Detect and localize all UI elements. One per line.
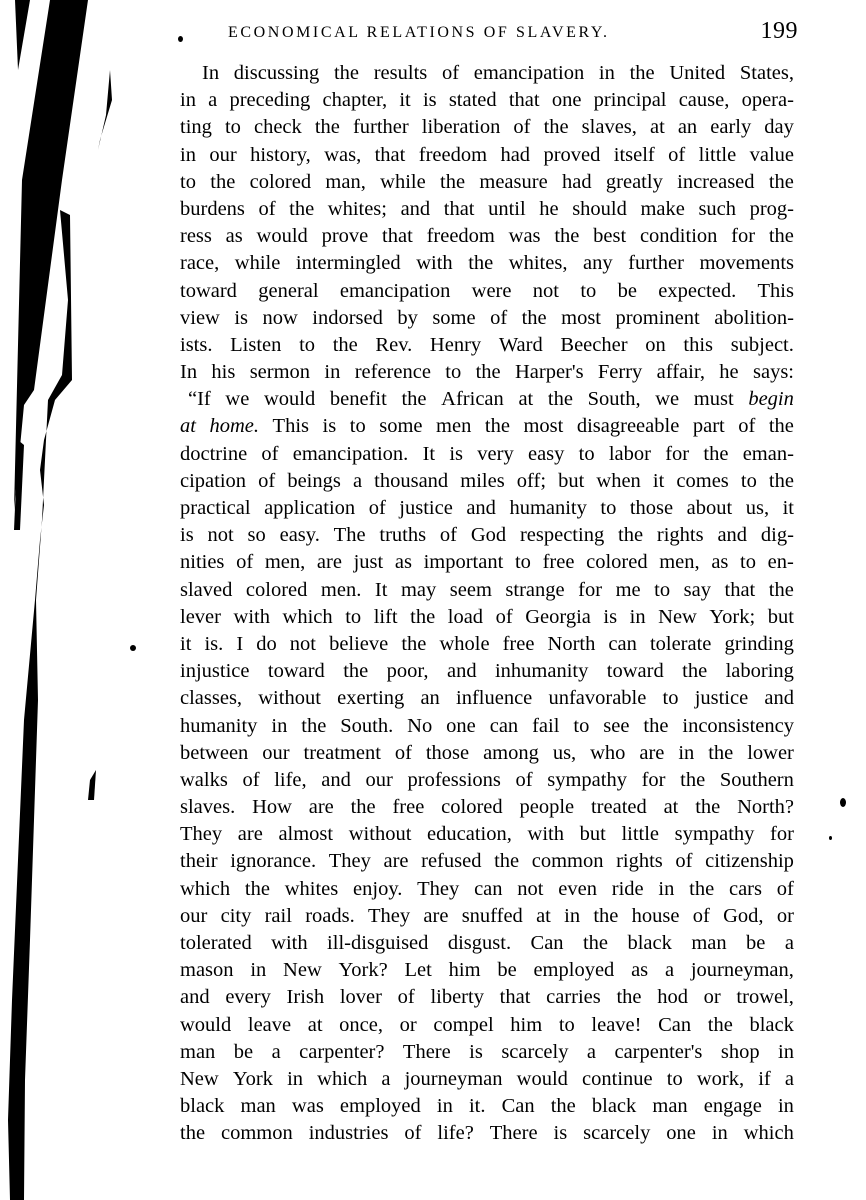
text-line: slaves.Howarethefreecoloredpeopletreated… xyxy=(180,794,794,821)
text-line: Theyarealmostwithouteducation,withbutlit… xyxy=(180,821,794,848)
text-line: nitiesofmen,arejustasimportanttofreecolo… xyxy=(180,549,794,576)
text-line: athome.Thisistosomementhemostdisagreeabl… xyxy=(180,413,794,440)
page-number: 199 xyxy=(761,18,799,45)
running-title: ECONOMICAL RELATIONS OF SLAVERY. xyxy=(228,24,610,42)
margin-speck xyxy=(840,798,846,807)
text-line: doctrineofemancipation.Itisveryeasytolab… xyxy=(180,441,794,468)
text-line: injusticetowardthepoor,andinhumanitytowa… xyxy=(180,658,794,685)
page-body-text: Indiscussingtheresultsofemancipationinth… xyxy=(180,60,794,1148)
text-line: slavedcoloredmen.Itmayseemstrangeformeto… xyxy=(180,577,794,604)
text-line: walksoflife,andourprofessionsofsympathyf… xyxy=(180,767,794,794)
text-line: ourcityrailroads.Theyaresnuffedatintheho… xyxy=(180,903,794,930)
page-header: ECONOMICAL RELATIONS OF SLAVERY. 199 xyxy=(228,18,798,48)
text-line: towardgeneralemancipationwerenottobeexpe… xyxy=(180,278,794,305)
text-line: inourhistory,was,thatfreedomhadprovedits… xyxy=(180,142,794,169)
text-line: tothecoloredman,whilethemeasurehadgreatl… xyxy=(180,169,794,196)
text-line: tingtocheckthefurtherliberationoftheslav… xyxy=(180,114,794,141)
text-line: blackmanwasemployedinit.Cantheblackmanen… xyxy=(180,1093,794,1120)
text-line: masoninNewYork?Lethimbeemployedasajourne… xyxy=(180,957,794,984)
text-line: burdensofthewhites;andthatuntilheshouldm… xyxy=(180,196,794,223)
margin-speck xyxy=(829,836,832,840)
text-line: inaprecedingchapter,itisstatedthatonepri… xyxy=(180,87,794,114)
text-line: race,whileintermingledwiththewhites,anyf… xyxy=(180,250,794,277)
scan-binding-shadow xyxy=(0,0,180,1200)
text-line: wouldleaveatonce,orcompelhimtoleave!Cant… xyxy=(180,1012,794,1039)
text-line: thecommonindustriesoflife?Thereisscarcel… xyxy=(180,1120,794,1147)
text-line: practicalapplicationofjusticeandhumanity… xyxy=(180,495,794,522)
text-line: isnotsoeasy.ThetruthsofGodrespectingther… xyxy=(180,522,794,549)
text-line: NewYorkinwhichajourneymanwouldcontinueto… xyxy=(180,1066,794,1093)
text-line: InhissermoninreferencetotheHarper'sFerry… xyxy=(180,359,794,386)
text-line: ressaswouldprovethatfreedomwasthebestcon… xyxy=(180,223,794,250)
text-line: cipationofbeingsathousandmilesoff;butwhe… xyxy=(180,468,794,495)
text-line: itis.IdonotbelievethewholefreeNorthcanto… xyxy=(180,631,794,658)
text-line: whichthewhitesenjoy.Theycannotevenridein… xyxy=(180,876,794,903)
text-line: theirignorance.Theyarerefusedthecommonri… xyxy=(180,848,794,875)
margin-speck xyxy=(178,36,183,42)
text-line: humanityintheSouth.Noonecanfailtoseethei… xyxy=(180,713,794,740)
text-line: betweenourtreatmentofthoseamongus,whoare… xyxy=(180,740,794,767)
text-line: classes,withoutexertinganinfluenceunfavo… xyxy=(180,685,794,712)
text-line: andeveryIrishloveroflibertythatcarriesth… xyxy=(180,984,794,1011)
text-line: “IfwewouldbenefittheAfricanattheSouth,we… xyxy=(180,386,794,413)
text-line: leverwithwhichtolifttheloadofGeorgiaisin… xyxy=(180,604,794,631)
text-line: toleratedwithill-disguiseddisgust.Canthe… xyxy=(180,930,794,957)
text-line: ists.ListentotheRev.HenryWardBeecheronth… xyxy=(180,332,794,359)
text-line: viewisnowindorsedbysomeofthemostprominen… xyxy=(180,305,794,332)
text-line: Indiscussingtheresultsofemancipationinth… xyxy=(180,60,794,87)
text-line: manbeacarpenter?Thereisscarcelyacarpente… xyxy=(180,1039,794,1066)
